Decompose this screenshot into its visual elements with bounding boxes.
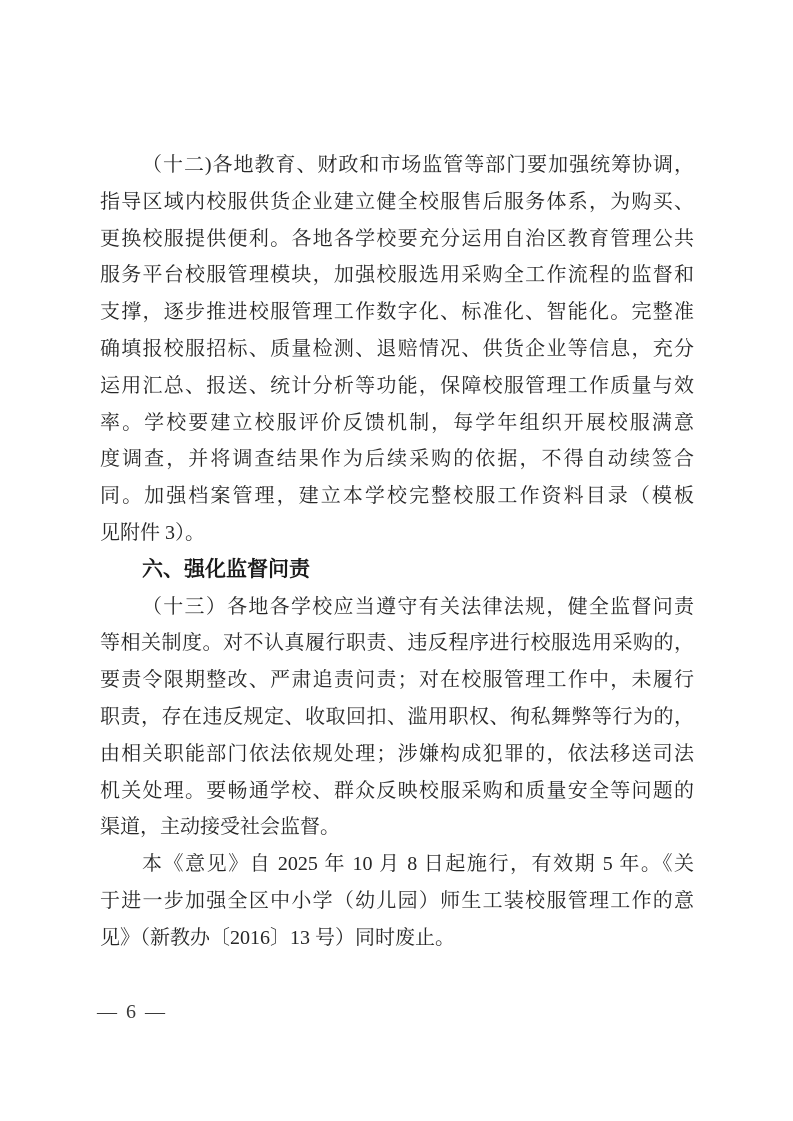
paragraph-12-line: （十二)各地教育、财政和市场监管等部门要加强统筹协调， [100,147,694,184]
paragraph-12-line: 运用汇总、报送、统计分析等功能，保障校服管理工作质量与效 [100,368,694,405]
document-body: （十二)各地教育、财政和市场监管等部门要加强统筹协调， 指导区域内校服供货企业建… [100,147,694,957]
effective-date-line: 于进一步加强全区中小学（幼儿园）师生工装校服管理工作的意 [100,883,694,920]
paragraph-13-line: （十三）各地各学校应当遵守有关法律法规，健全监督问责 [100,589,694,626]
paragraph-12-line: 见附件 3）。 [100,515,694,552]
paragraph-13-line: 要责令限期整改、严肃追责问责；对在校服管理工作中，未履行 [100,662,694,699]
paragraph-13-line: 职责，存在违反规定、收取回扣、滥用职权、徇私舞弊等行为的， [100,699,694,736]
section-6-heading: 六、强化监督问责 [100,552,694,589]
page-number: — 6 — [97,1000,167,1024]
paragraph-12-line: 服务平台校服管理模块，加强校服选用采购全工作流程的监督和 [100,257,694,294]
paragraph-12-line: 支撑，逐步推进校服管理工作数字化、标准化、智能化。完整准 [100,294,694,331]
paragraph-12-line: 率。学校要建立校服评价反馈机制，每学年组织开展校服满意 [100,405,694,442]
paragraph-12-line: 指导区域内校服供货企业建立健全校服售后服务体系，为购买、 [100,184,694,221]
paragraph-12-line: 确填报校服招标、质量检测、退赔情况、供货企业等信息，充分 [100,331,694,368]
paragraph-13-line: 等相关制度。对不认真履行职责、违反程序进行校服选用采购的， [100,625,694,662]
effective-date-line: 本《意见》自 2025 年 10 月 8 日起施行，有效期 5 年。《关 [100,846,694,883]
paragraph-13-line: 由相关职能部门依法依规处理；涉嫌构成犯罪的，依法移送司法 [100,736,694,773]
paragraph-13-line: 机关处理。要畅通学校、群众反映校服采购和质量安全等问题的 [100,773,694,810]
document-page: （十二)各地教育、财政和市场监管等部门要加强统筹协调， 指导区域内校服供货企业建… [0,0,793,1121]
effective-date-line: 见》（新教办〔2016〕13 号）同时废止。 [100,920,694,957]
paragraph-12-line: 同。加强档案管理，建立本学校完整校服工作资料目录（模板 [100,478,694,515]
paragraph-12-line: 更换校服提供便利。各地各学校要充分运用自治区教育管理公共 [100,221,694,258]
paragraph-12-line: 度调查，并将调查结果作为后续采购的依据，不得自动续签合 [100,441,694,478]
paragraph-13-line: 渠道，主动接受社会监督。 [100,809,694,846]
